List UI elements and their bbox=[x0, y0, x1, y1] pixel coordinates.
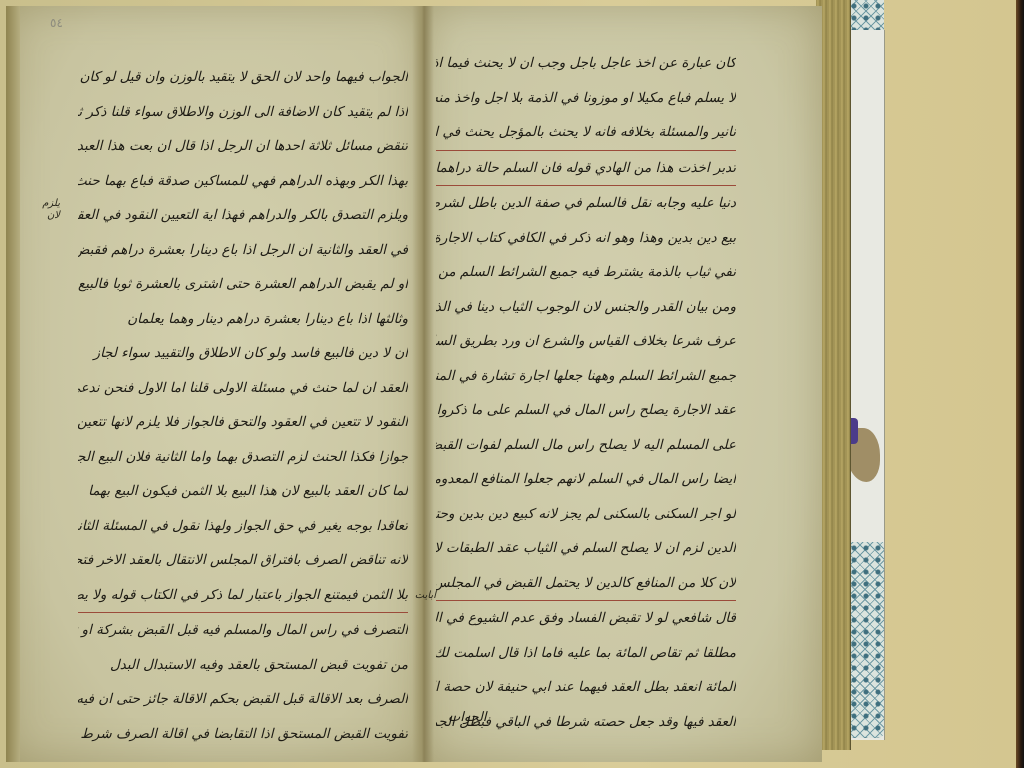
frame-edge bbox=[1016, 0, 1024, 768]
text-line: عقد الاجارة يصلح راس المال في السلم على … bbox=[436, 393, 736, 428]
text-line: المائة انعقد بطل العقد فيهما عند ابي حني… bbox=[436, 670, 736, 705]
text-line: ايضا راس المال في السلم لانهم جعلوا المن… bbox=[436, 462, 736, 497]
text-line: تدبر اخذت هذا من الهادي قوله فان السلم ح… bbox=[436, 151, 736, 187]
text-line: الدين لزم ان لا يصلح السلم في الثياب عقد… bbox=[436, 531, 736, 566]
text-line: لا يسلم فباع مكيلا او موزونا في الذمة بل… bbox=[436, 81, 736, 116]
patterned-endpaper-top bbox=[848, 0, 884, 32]
text-line: العقد ان لما حنث في مسئلة الاولى قلنا ام… bbox=[78, 371, 408, 406]
text-line: تعاقدا بوجه يغير في حق الجواز ولهذا نقول… bbox=[78, 509, 408, 544]
text-line: او لم يقبض الدراهم العشرة حتى اشترى بالع… bbox=[78, 267, 408, 302]
text-line: قال شافعي لو لا تقبض الفساد وفق عدم الشي… bbox=[436, 601, 736, 636]
text-line: تنقض مسائل ثلاثة احدها ان الرجل اذا قال … bbox=[78, 129, 408, 164]
text-line: الجواب فيهما واحد لان الحق لا يتقيد بالو… bbox=[78, 60, 408, 95]
text-line: النقود لا تتعين في العقود والتحق فالجواز… bbox=[78, 405, 408, 440]
text-line: بلا الثمن فيمتنع الجواز باعتبار لما ذكر … bbox=[78, 578, 408, 614]
text-line: مطلقا ثم تقاص المائة بما عليه فاما اذا ق… bbox=[436, 636, 736, 671]
book-gutter bbox=[412, 6, 434, 762]
text-line: الصرف بعد الاقالة قبل القبض بحكم الاقالة… bbox=[78, 682, 408, 717]
text-line: لما كان العقد بالبيع لان هذا البيع بلا ا… bbox=[78, 474, 408, 509]
catchword: الجواب bbox=[448, 710, 487, 725]
text-line: في العقد والثانية ان الرجل اذا باع دينار… bbox=[78, 233, 408, 268]
left-page-text: الجواب فيهما واحد لان الحق لا يتقيد بالو… bbox=[78, 60, 408, 751]
text-line: وثالثها اذا باع دينارا بعشرة دراهم دينار… bbox=[78, 302, 408, 337]
text-line: جميع الشرائط السلم وههنا جعلها اجارة تشا… bbox=[436, 359, 736, 394]
right-page-text: كان عبارة عن اخذ عاجل باجل وجب ان لا يحن… bbox=[436, 46, 736, 739]
text-line: لانه تناقض الصرف بافتراق المجلس الانتقال… bbox=[78, 543, 408, 578]
text-line: كان عبارة عن اخذ عاجل باجل وجب ان لا يحن… bbox=[436, 46, 736, 81]
text-line: ان لا دين فالبيع فاسد ولو كان الاطلاق وا… bbox=[78, 336, 408, 371]
text-line: بهذا الكر وبهذه الدراهم فهي للمساكين صدق… bbox=[78, 164, 408, 199]
text-line: بيع دين بدين وهذا وهو انه ذكر في الكافي … bbox=[436, 221, 736, 256]
text-line: من تفويت قبض المستحق بالعقد وفيه الاستبد… bbox=[78, 648, 408, 683]
text-line: لان كلا من المنافع كالدين لا يحتمل القبض… bbox=[436, 566, 736, 602]
text-line: على المسلم اليه لا يصلح راس مال السلم لف… bbox=[436, 428, 736, 463]
text-line: عرف شرعا بخلاف القياس والشرع ان ورد بطري… bbox=[436, 324, 736, 359]
text-line: اذا لم يتقيد كان الاضافة الى الوزن والاط… bbox=[78, 95, 408, 130]
text-line: جوازا فكذا الحنث لزم التصدق بهما واما ال… bbox=[78, 440, 408, 475]
gutter-note: ابايت bbox=[412, 590, 436, 602]
page-number: ٥٤ bbox=[50, 16, 63, 30]
text-line: ويلزم التصدق بالكر والدراهم فهذا اية الت… bbox=[78, 198, 408, 233]
margin-note: يلزم لان bbox=[30, 198, 60, 222]
text-line: دنيا عليه وجابه نقل فالسلم في صفة الدين … bbox=[436, 186, 736, 221]
text-line: ومن بيان القدر والجنس لان الوجوب الثياب … bbox=[436, 290, 736, 325]
text-line: نانير والمسئلة بخلافه فانه لا يحنث بالمؤ… bbox=[436, 115, 736, 151]
text-line: نفي ثياب بالذمة يشترط فيه جميع الشرائط ا… bbox=[436, 255, 736, 290]
text-line: التصرف في راس المال والمسلم فيه قبل القب… bbox=[78, 613, 408, 648]
text-line: لو اجر السكنى بالسكنى لم يجز لانه كبيع د… bbox=[436, 497, 736, 532]
text-line: تفويت القبض المستحق اذا التقابضا في اقال… bbox=[78, 717, 408, 752]
